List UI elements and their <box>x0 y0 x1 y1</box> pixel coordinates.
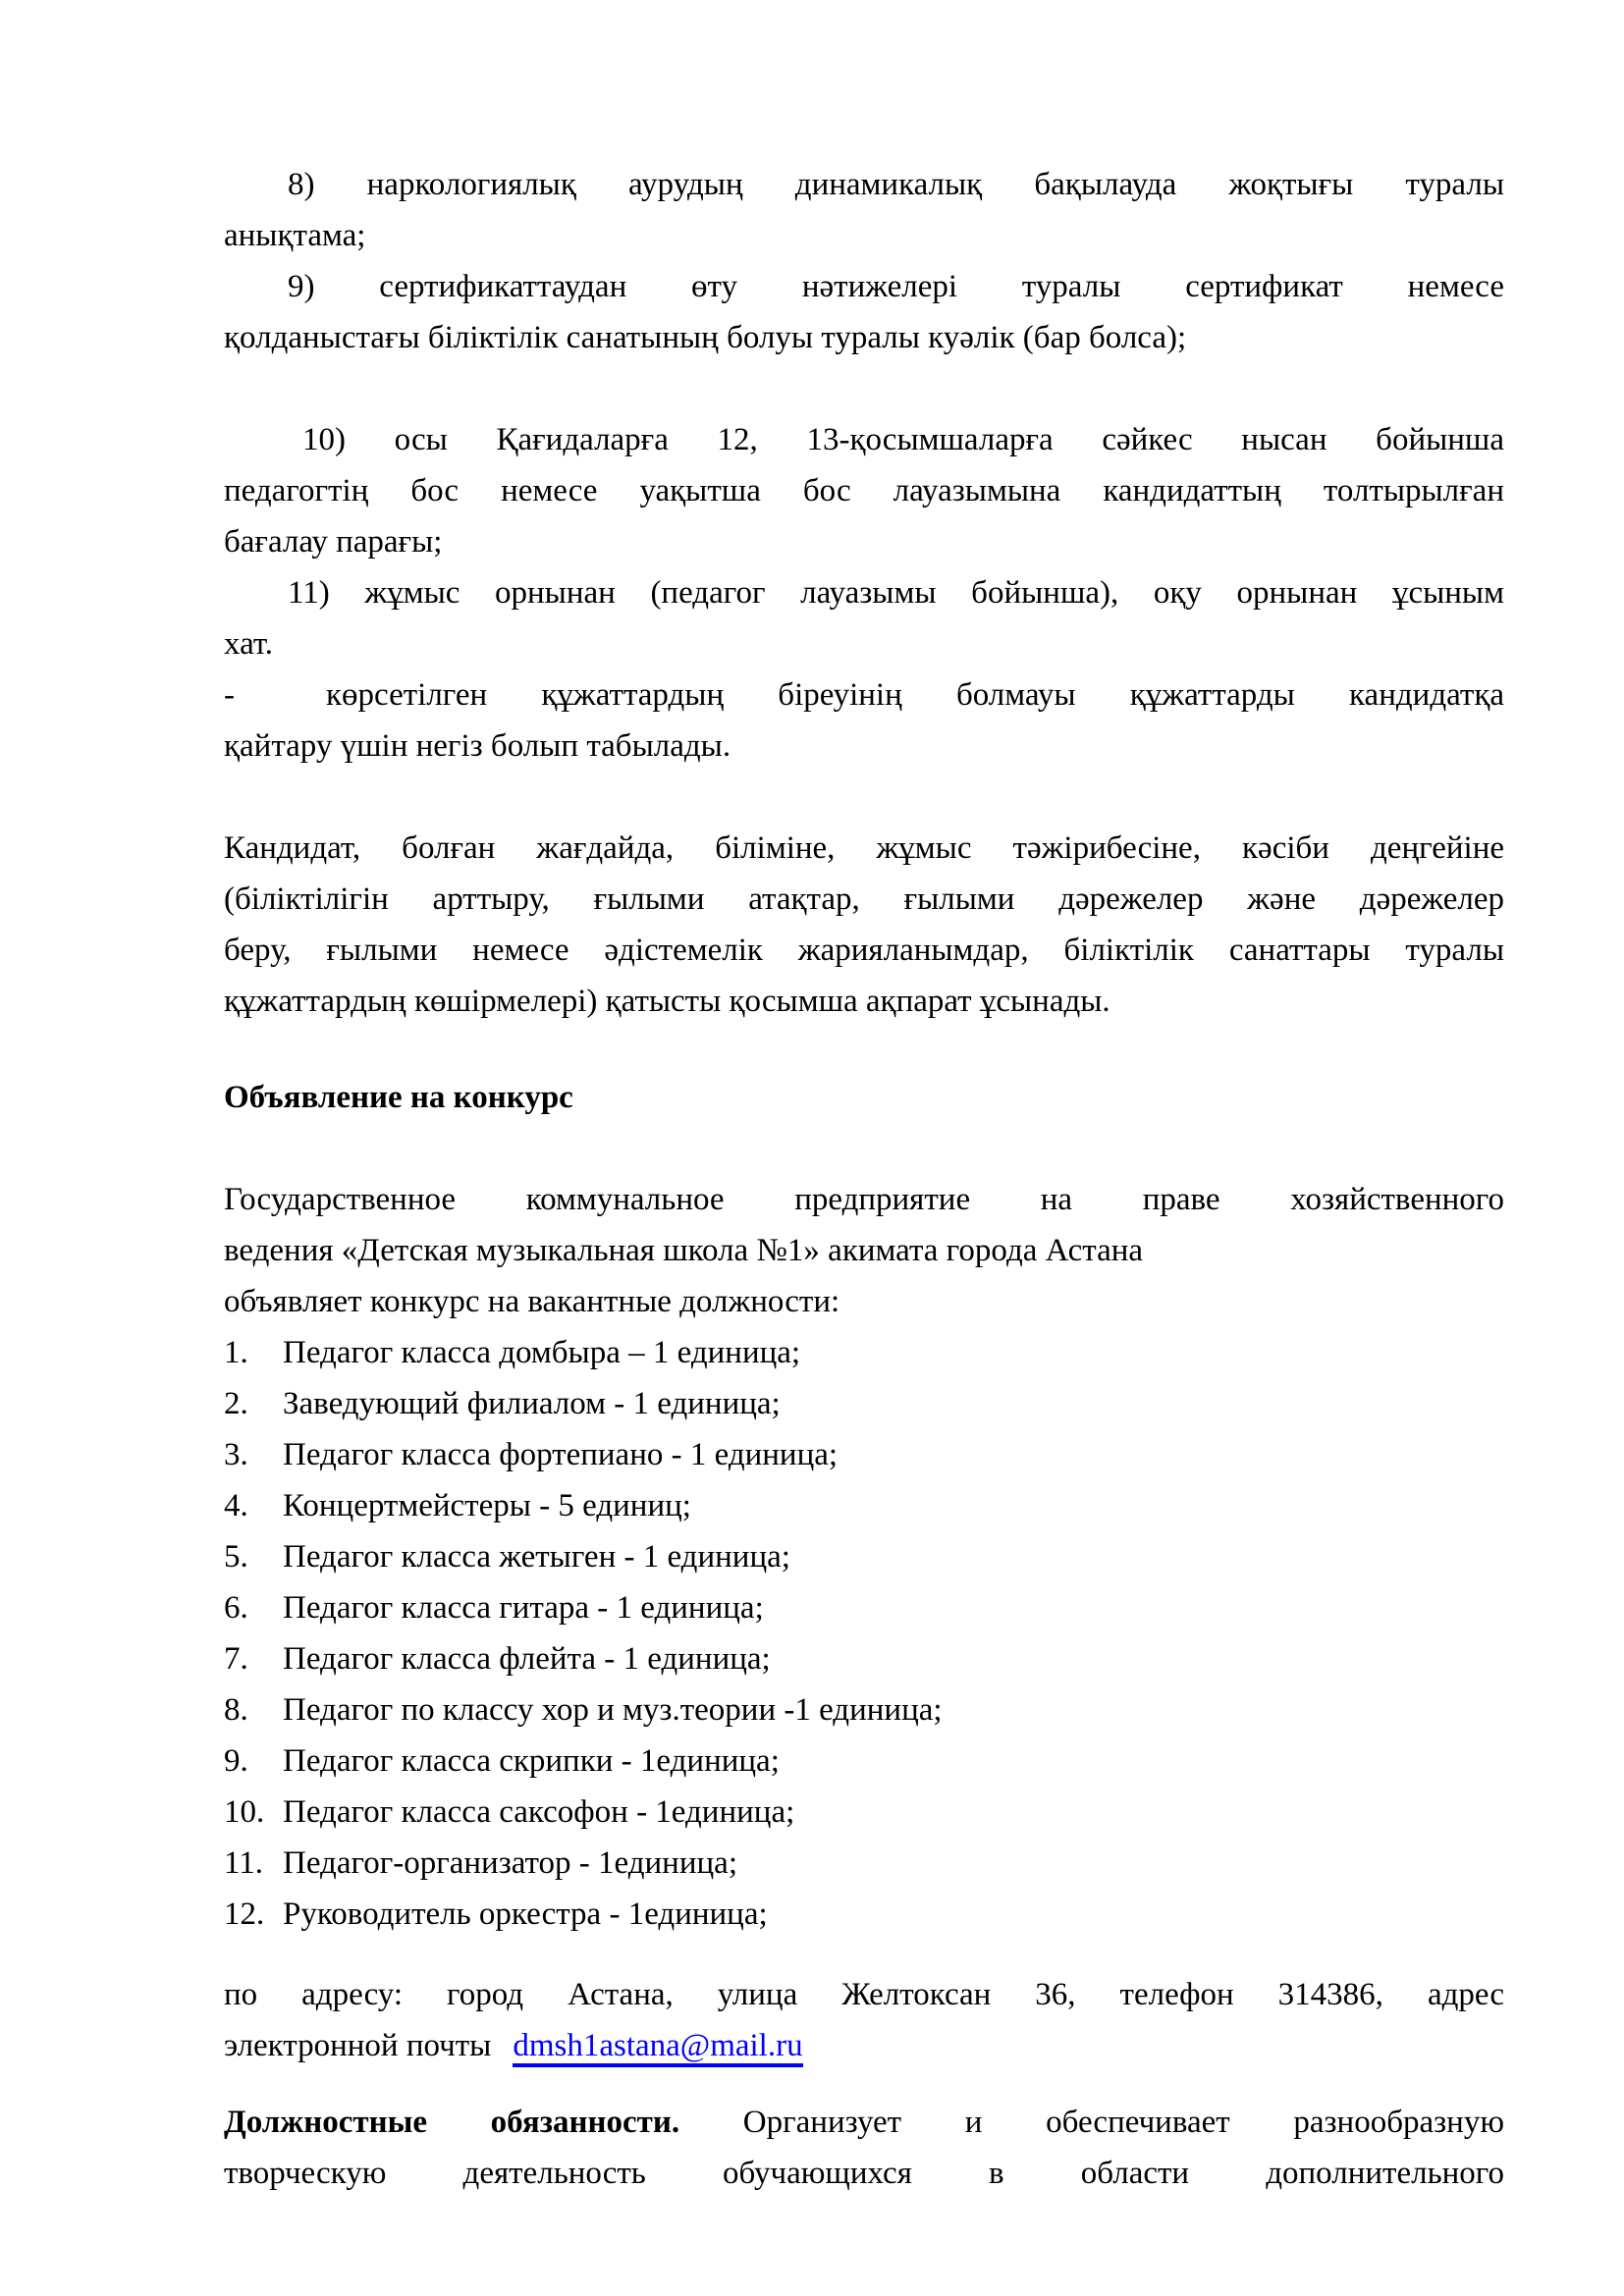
vacancy-text: Педагог класса скрипки - 1единица; <box>283 1743 780 1779</box>
vacancy-item: 12.Руководитель оркестра - 1единица; <box>224 1889 1504 1940</box>
paragraph-kk-item-8: 8) наркологиялық аурудың динамикалық бақ… <box>224 159 1504 261</box>
text-line: объявляет конкурс на вакантные должности… <box>224 1276 1504 1327</box>
paragraph-duties: Должностные обязанности. Организует и об… <box>224 2097 1504 2199</box>
text-line: 10) осы Қағидаларға 12, 13-қосымшаларға … <box>224 414 1504 465</box>
text-line: по адресу: город Астана, улица Желтоксан… <box>224 1969 1504 2020</box>
text-line: Должностные обязанности. Организует и об… <box>224 2097 1504 2148</box>
vacancy-text: Педагог класса жетыген - 1 единица; <box>283 1539 790 1575</box>
vacancy-text: Педагог класса домбыра – 1 единица; <box>283 1335 800 1370</box>
vacancy-item: 4.Концертмейстеры - 5 единиц; <box>224 1480 1504 1531</box>
vacancy-item: 3.Педагог класса фортепиано - 1 единица; <box>224 1429 1504 1480</box>
vacancy-text: Педагог класса флейта - 1 единица; <box>283 1641 771 1677</box>
email-link[interactable]: dmsh1astana@mail.ru <box>513 2028 802 2067</box>
duties-text: Организует и обеспечивает разнообразную <box>679 2105 1504 2140</box>
vacancy-text: Педагог класса гитара - 1 единица; <box>283 1590 764 1626</box>
vacancy-text: Педагог класса саксофон - 1единица; <box>283 1794 794 1830</box>
paragraph-kk-item-10: 10) осы Қағидаларға 12, 13-қосымшаларға … <box>224 414 1504 567</box>
text-line: хат. <box>224 618 1504 669</box>
text-line: беру, ғылыми немесе әдістемелік жариялан… <box>224 925 1504 976</box>
vacancy-number: 7. <box>224 1633 283 1684</box>
paragraph-address: по адресу: город Астана, улица Желтоксан… <box>224 1969 1504 2071</box>
vacancy-number: 6. <box>224 1582 283 1633</box>
text-line: Кандидат, болған жағдайда, біліміне, жұм… <box>224 823 1504 874</box>
vacancy-number: 10. <box>224 1787 283 1838</box>
vacancy-list: 1.Педагог класса домбыра – 1 единица; 2.… <box>224 1327 1504 1940</box>
text-line: электронной почтыdmsh1astana@mail.ru <box>224 2020 1504 2071</box>
vacancy-item: 11.Педагог-организатор - 1единица; <box>224 1838 1504 1889</box>
text-line: Государственное коммунальное предприятие… <box>224 1174 1504 1225</box>
email-label: электронной почты <box>224 2028 491 2063</box>
vacancy-number: 11. <box>224 1838 283 1889</box>
vacancy-number: 9. <box>224 1735 283 1787</box>
vacancy-item: 1.Педагог класса домбыра – 1 единица; <box>224 1327 1504 1378</box>
vacancy-number: 2. <box>224 1378 283 1429</box>
text-line: қолданыстағы біліктілік санатының болуы … <box>224 312 1504 363</box>
vacancy-item: 6.Педагог класса гитара - 1 единица; <box>224 1582 1504 1633</box>
vacancy-text: Педагог-организатор - 1единица; <box>283 1845 737 1881</box>
vacancy-text: Педагог класса фортепиано - 1 единица; <box>283 1437 838 1472</box>
vacancy-item: 10.Педагог класса саксофон - 1единица; <box>224 1787 1504 1838</box>
vacancy-number: 12. <box>224 1889 283 1940</box>
vacancy-number: 5. <box>224 1531 283 1582</box>
text-line: 8) наркологиялық аурудың динамикалық бақ… <box>224 159 1504 210</box>
paragraph-kk-item-9: 9) сертификаттаудан өту нәтижелері турал… <box>224 261 1504 363</box>
paragraph-kk-candidate-note: Кандидат, болған жағдайда, біліміне, жұм… <box>224 823 1504 1027</box>
vacancy-text: Концертмейстеры - 5 единиц; <box>283 1488 691 1523</box>
duties-label: Должностные обязанности. <box>224 2105 679 2140</box>
vacancy-text: Заведующий филиалом - 1 единица; <box>283 1386 781 1421</box>
vacancy-number: 4. <box>224 1480 283 1531</box>
paragraph-kk-dash-note: -көрсетілген құжаттардың біреуінің болма… <box>224 669 1504 772</box>
paragraph-announcement-intro: Государственное коммунальное предприятие… <box>224 1174 1504 1327</box>
vacancy-text: Руководитель оркестра - 1единица; <box>283 1896 768 1932</box>
vacancy-number: 3. <box>224 1429 283 1480</box>
vacancy-number: 1. <box>224 1327 283 1378</box>
text-line: 11) жұмыс орнынан (педагог лауазымы бойы… <box>224 567 1504 618</box>
vacancy-number: 8. <box>224 1684 283 1735</box>
vacancy-item: 9.Педагог класса скрипки - 1единица; <box>224 1735 1504 1787</box>
text-line: құжаттардың көшірмелері) қатысты қосымша… <box>224 976 1504 1027</box>
text-line: бағалау парағы; <box>224 516 1504 567</box>
vacancy-item: 5.Педагог класса жетыген - 1 единица; <box>224 1531 1504 1582</box>
vacancy-text: Педагог по классу хор и муз.теории -1 ед… <box>283 1692 943 1728</box>
announcement-heading: Объявление на конкурс <box>224 1072 1504 1123</box>
vacancy-item: 8.Педагог по классу хор и муз.теории -1 … <box>224 1684 1504 1735</box>
document-page: 8) наркологиялық аурудың динамикалық бақ… <box>0 0 1624 2296</box>
text-line: творческую деятельность обучающихся в об… <box>224 2148 1504 2199</box>
text-line: ведения «Детская музыкальная школа №1» а… <box>224 1225 1504 1276</box>
text-line: 9) сертификаттаудан өту нәтижелері турал… <box>224 261 1504 312</box>
text-line: қайтару үшін негіз болып табылады. <box>224 721 1504 772</box>
text-line: (біліктілігін арттыру, ғылыми атақтар, ғ… <box>224 874 1504 925</box>
text-line: -көрсетілген құжаттардың біреуінің болма… <box>224 669 1504 721</box>
dash-bullet: - <box>224 669 326 721</box>
paragraph-kk-item-11: 11) жұмыс орнынан (педагог лауазымы бойы… <box>224 567 1504 669</box>
vacancy-item: 7.Педагог класса флейта - 1 единица; <box>224 1633 1504 1684</box>
text-line: анықтама; <box>224 210 1504 261</box>
vacancy-item: 2.Заведующий филиалом - 1 единица; <box>224 1378 1504 1429</box>
text-line: педагогтің бос немесе уақытша бос лауазы… <box>224 465 1504 516</box>
dash-note-text: көрсетілген құжаттардың біреуінің болмау… <box>326 677 1504 713</box>
